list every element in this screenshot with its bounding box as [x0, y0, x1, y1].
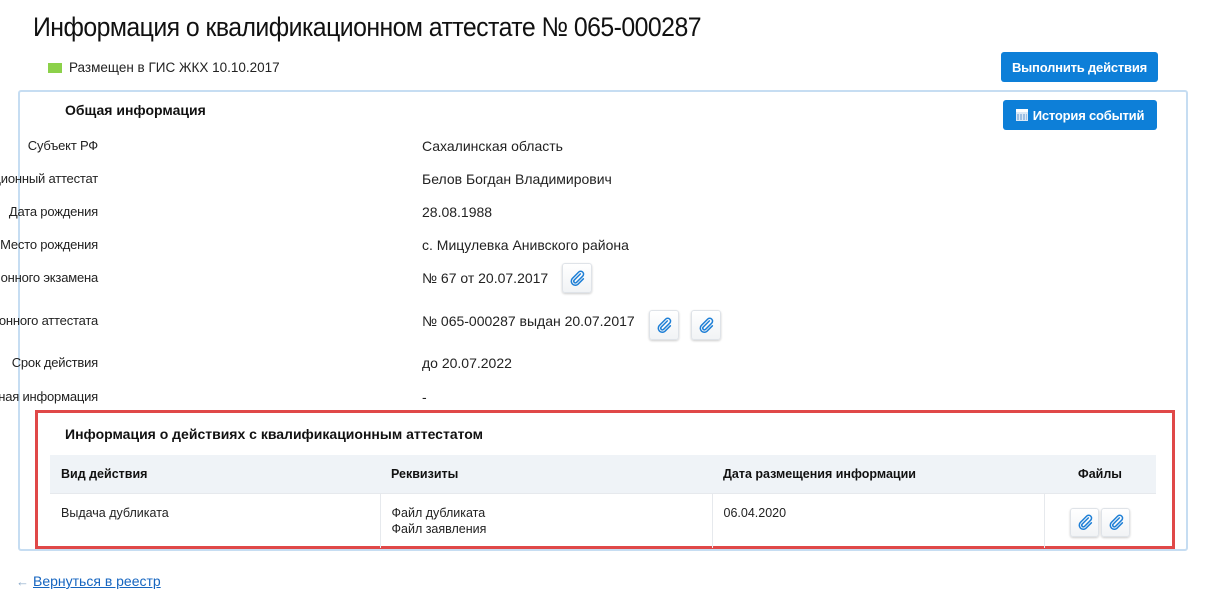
- detail-file-name: Файл дубликата: [392, 505, 701, 521]
- paperclip-icon: [1076, 513, 1094, 531]
- table-row: Выдача дубликатаФайл дубликатаФайл заявл…: [50, 493, 1156, 548]
- field-value: 28.08.1988: [422, 204, 492, 220]
- field-label: Срок действия: [12, 355, 98, 370]
- page-title: Информация о квалификационном аттестате …: [33, 12, 701, 43]
- action-type-cell: Выдача дубликата: [50, 493, 380, 548]
- field-value: до 20.07.2022: [422, 355, 512, 371]
- column-header-details: Реквизиты: [380, 455, 712, 493]
- table-header-row: Вид действия Реквизиты Дата размещения и…: [50, 455, 1156, 493]
- field-value: № 065-000287 выдан 20.07.2017: [422, 313, 635, 329]
- paperclip-icon: [697, 316, 715, 334]
- field-value: с. Мицулевка Анивского района: [422, 237, 629, 253]
- back-to-registry-link[interactable]: ← Вернуться в реестр: [16, 573, 161, 589]
- column-header-date: Дата размещения информации: [712, 455, 1044, 493]
- field-label: ФИО лица, которому выдан квалификационны…: [0, 171, 98, 186]
- arrow-left-icon: ←: [16, 574, 29, 589]
- event-history-button[interactable]: История событий: [1003, 100, 1157, 130]
- paperclip-icon: [1107, 513, 1125, 531]
- actions-table: Вид действия Реквизиты Дата размещения и…: [50, 455, 1156, 548]
- field-label: Протокол о результатах квалификационного…: [0, 270, 98, 285]
- detail-file-name: Файл заявления: [392, 521, 701, 537]
- field-label: Дата рождения: [9, 204, 98, 219]
- attachment-button[interactable]: [691, 310, 721, 340]
- attachment-button[interactable]: [1070, 508, 1099, 537]
- status-square-icon: [48, 63, 62, 73]
- attachment-button[interactable]: [1101, 508, 1130, 537]
- attachment-button[interactable]: [562, 263, 592, 293]
- calendar-icon: [1016, 109, 1028, 121]
- attachment-button[interactable]: [649, 310, 679, 340]
- date-cell: 06.04.2020: [712, 493, 1044, 548]
- column-header-action-type: Вид действия: [50, 455, 380, 493]
- field-label: Субъект РФ: [28, 138, 98, 153]
- general-info-title: Общая информация: [65, 102, 206, 118]
- files-cell: [1044, 493, 1156, 548]
- column-header-files: Файлы: [1044, 455, 1156, 493]
- field-value: Сахалинская область: [422, 138, 563, 154]
- paperclip-icon: [568, 269, 586, 287]
- perform-actions-button[interactable]: Выполнить действия: [1001, 52, 1158, 82]
- actions-section-title: Информация о действиях с квалификационны…: [65, 426, 483, 442]
- status-text: Размещен в ГИС ЖКХ 10.10.2017: [69, 60, 280, 75]
- back-link-text[interactable]: Вернуться в реестр: [33, 573, 161, 589]
- field-value: № 67 от 20.07.2017: [422, 270, 548, 286]
- field-label: Дополнительная информация: [0, 389, 98, 404]
- event-history-label: История событий: [1033, 108, 1145, 123]
- status-indicator: Размещен в ГИС ЖКХ 10.10.2017: [48, 60, 280, 75]
- details-cell: Файл дубликатаФайл заявления: [380, 493, 712, 548]
- paperclip-icon: [655, 316, 673, 334]
- field-value: Белов Богдан Владимирович: [422, 171, 612, 187]
- field-value: -: [422, 389, 427, 405]
- field-label: Номер и дата выдачи квалификационного ат…: [0, 313, 98, 328]
- field-label: Место рождения: [0, 237, 98, 252]
